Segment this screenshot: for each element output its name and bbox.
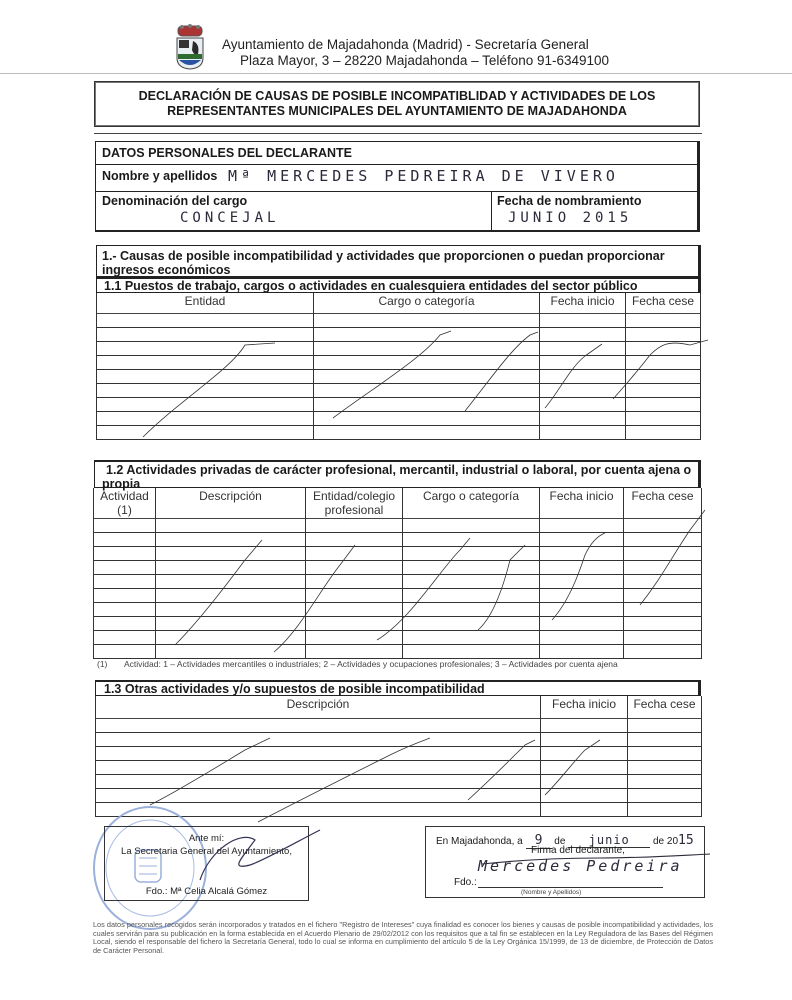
form-title-line-1: DECLARACIÓN DE CAUSAS DE POSIBLE INCOMPA… (95, 89, 699, 104)
table-cell[interactable] (540, 616, 624, 630)
table-cell[interactable] (624, 602, 702, 616)
table-cell[interactable] (403, 574, 540, 588)
table-cell[interactable] (624, 588, 702, 602)
table-cell[interactable] (94, 532, 156, 546)
table-header-row: EntidadCargo o categoríaFecha inicioFech… (97, 293, 701, 313)
table-cell[interactable] (97, 383, 314, 397)
table-cell[interactable] (94, 630, 156, 644)
table-cell[interactable] (540, 327, 626, 341)
table-cell[interactable] (314, 397, 540, 411)
table-cell[interactable] (156, 616, 306, 630)
table-cell[interactable] (156, 630, 306, 644)
table-cell[interactable] (540, 355, 626, 369)
column-header: Actividad (1) (94, 488, 156, 518)
table-cell[interactable] (626, 355, 701, 369)
column-header: Entidad (97, 293, 314, 313)
table-cell[interactable] (156, 574, 306, 588)
table-cell[interactable] (541, 774, 628, 788)
table-cell[interactable] (628, 760, 702, 774)
table-row (96, 760, 702, 774)
table-cell[interactable] (306, 630, 403, 644)
table-cell[interactable] (306, 560, 403, 574)
activity-footnote: Actividad: 1 – Actividades mercantiles o… (124, 659, 618, 669)
table-cell[interactable] (626, 313, 701, 327)
table-cell[interactable] (626, 369, 701, 383)
table-cell[interactable] (94, 616, 156, 630)
table-cell[interactable] (540, 411, 626, 425)
header-line-2: Plaza Mayor, 3 – 28220 Majadahonda – Tel… (240, 53, 609, 68)
table-cell[interactable] (306, 532, 403, 546)
section-1-2-heading: 1.2 Actividades privadas de carácter pro… (102, 463, 698, 491)
table-cell[interactable] (541, 746, 628, 760)
table-cell[interactable] (540, 383, 626, 397)
table-cell[interactable] (628, 802, 702, 816)
table-cell[interactable] (96, 746, 541, 760)
table-cell[interactable] (306, 588, 403, 602)
table-cell[interactable] (94, 644, 156, 658)
table-cell[interactable] (541, 788, 628, 802)
column-header: Fecha cese (624, 488, 702, 518)
table-cell[interactable] (94, 560, 156, 574)
table-cell[interactable] (628, 718, 702, 732)
table-cell[interactable] (624, 616, 702, 630)
declarant-signature[interactable]: Mercedes Pedreira (478, 857, 683, 875)
table-cell[interactable] (156, 644, 306, 658)
table-cell[interactable] (314, 411, 540, 425)
table-row (94, 602, 702, 616)
table-cell[interactable] (628, 788, 702, 802)
table-cell[interactable] (624, 532, 702, 546)
column-header: Entidad/colegio profesional (306, 488, 403, 518)
table-cell[interactable] (306, 518, 403, 532)
section-1-1-heading: 1.1 Puestos de trabajo, cargos o activid… (104, 279, 638, 293)
table-header-row: Actividad (1)DescripciónEntidad/colegio … (94, 488, 702, 518)
table-cell[interactable] (540, 588, 624, 602)
column-header: Fecha inicio (541, 696, 628, 718)
table-cell[interactable] (156, 602, 306, 616)
table-cell[interactable] (314, 369, 540, 383)
table-row (94, 532, 702, 546)
column-header: Descripción (156, 488, 306, 518)
table-row (97, 369, 701, 383)
section-1-3-header: 1.3 Otras actividades y/o supuestos de p… (95, 680, 701, 696)
declarant-signature-box: En Majadahonda, a 9 de junio de 2015 Fir… (425, 826, 705, 898)
data-protection-notice: Los datos personales recogidos serán inc… (93, 921, 713, 955)
private-activities-table: Actividad (1)DescripciónEntidad/colegio … (93, 488, 702, 659)
table-cell[interactable] (96, 718, 541, 732)
column-header: Fecha cese (626, 293, 701, 313)
table-cell[interactable] (628, 746, 702, 760)
year-prefix: de 20 (653, 836, 678, 847)
column-header: Descripción (96, 696, 541, 718)
table-cell[interactable] (97, 369, 314, 383)
table-row (97, 383, 701, 397)
coat-of-arms-icon (174, 24, 206, 70)
table-cell[interactable] (306, 546, 403, 560)
table-row (94, 518, 702, 532)
position-label: Denominación del cargo (102, 194, 247, 208)
table-cell[interactable] (624, 630, 702, 644)
appointment-date-value[interactable]: JUNIO 2015 (508, 210, 632, 226)
section-1-2-header: 1.2 Actividades privadas de carácter pro… (94, 460, 701, 488)
table-cell[interactable] (540, 644, 624, 658)
table-cell[interactable] (314, 425, 540, 439)
table-cell[interactable] (626, 383, 701, 397)
table-row (94, 574, 702, 588)
table-cell[interactable] (306, 616, 403, 630)
table-row (96, 732, 702, 746)
table-cell[interactable] (628, 774, 702, 788)
table-cell[interactable] (96, 774, 541, 788)
table-row (94, 630, 702, 644)
secretary-name: Fdo.: Mª Celia Alcalá Gómez (105, 886, 308, 897)
column-header: Fecha inicio (540, 293, 626, 313)
before-me-label: Ante mí: (105, 833, 308, 844)
section-1-heading: 1.- Causas de posible incompatibilidad y… (102, 249, 697, 277)
table-cell[interactable] (97, 355, 314, 369)
table-cell[interactable] (403, 546, 540, 560)
table-cell[interactable] (540, 630, 624, 644)
table-cell[interactable] (624, 574, 702, 588)
column-header: Cargo o categoría (403, 488, 540, 518)
table-cell[interactable] (94, 518, 156, 532)
table-row (97, 327, 701, 341)
declarant-sign-label: Firma del declarante, (531, 845, 625, 856)
secretary-signature-box: Ante mí: La Secretaria General del Ayunt… (104, 826, 309, 901)
table-row (96, 774, 702, 788)
table-cell[interactable] (403, 602, 540, 616)
table-cell[interactable] (156, 588, 306, 602)
table-cell[interactable] (540, 560, 624, 574)
table-cell[interactable] (403, 560, 540, 574)
table-cell[interactable] (624, 518, 702, 532)
table-cell[interactable] (403, 616, 540, 630)
section-1-1-header: 1.1 Puestos de trabajo, cargos o activid… (96, 278, 701, 293)
table-cell[interactable] (94, 588, 156, 602)
table-row (94, 560, 702, 574)
table-cell[interactable] (540, 574, 624, 588)
table-cell[interactable] (541, 718, 628, 732)
table-cell[interactable] (314, 327, 540, 341)
table-row (97, 397, 701, 411)
table-cell[interactable] (541, 732, 628, 746)
table-cell[interactable] (540, 532, 624, 546)
table-cell[interactable] (156, 546, 306, 560)
table-row (94, 644, 702, 658)
header-line-1: Ayuntamiento de Majadahonda (Madrid) - S… (222, 37, 589, 52)
table-cell[interactable] (156, 532, 306, 546)
table-cell[interactable] (314, 383, 540, 397)
table-row (97, 355, 701, 369)
table-cell[interactable] (314, 313, 540, 327)
table-cell[interactable] (97, 341, 314, 355)
table-cell[interactable] (541, 802, 628, 816)
table-cell[interactable] (97, 313, 314, 327)
section-1-3-heading: 1.3 Otras actividades y/o supuestos de p… (104, 682, 485, 696)
name-hint: (Nombre y Apellidos) (521, 889, 581, 896)
fdo-label: Fdo.: (454, 877, 477, 888)
name-label: Nombre y apellidos (102, 169, 217, 183)
secretary-title: La Secretaria General del Ayuntamiento, (105, 846, 308, 857)
table-cell[interactable] (97, 425, 314, 439)
table-cell[interactable] (156, 560, 306, 574)
column-header: Cargo o categoría (314, 293, 540, 313)
table-cell[interactable] (97, 397, 314, 411)
table-cell[interactable] (628, 732, 702, 746)
table-row (94, 616, 702, 630)
title-divider (94, 133, 702, 134)
table-cell[interactable] (97, 411, 314, 425)
position-field[interactable]: Denominación del cargo CONCEJAL (96, 192, 492, 230)
table-cell[interactable] (541, 760, 628, 774)
table-cell[interactable] (96, 788, 541, 802)
public-sector-table: EntidadCargo o categoríaFecha inicioFech… (96, 293, 701, 440)
table-cell[interactable] (540, 313, 626, 327)
table-cell[interactable] (94, 546, 156, 560)
personal-data-heading: DATOS PERSONALES DEL DECLARANTE (102, 146, 352, 160)
table-cell[interactable] (540, 518, 624, 532)
table-cell[interactable] (624, 560, 702, 574)
table-cell[interactable] (306, 602, 403, 616)
form-title-line-2: REPRESENTANTES MUNICIPALES DEL AYUNTAMIE… (95, 104, 699, 119)
appointment-date-label: Fecha de nombramiento (497, 194, 641, 208)
table-row (96, 746, 702, 760)
table-cell[interactable] (540, 602, 624, 616)
table-row (97, 341, 701, 355)
table-cell[interactable] (96, 760, 541, 774)
table-row (97, 411, 701, 425)
table-cell[interactable] (403, 644, 540, 658)
table-row (94, 546, 702, 560)
table-cell[interactable] (403, 532, 540, 546)
footnote-mark: (1) (97, 659, 107, 669)
table-cell[interactable] (403, 588, 540, 602)
place-prefix: En Majadahonda, a (436, 836, 523, 847)
table-cell[interactable] (96, 732, 541, 746)
column-header: Fecha inicio (540, 488, 624, 518)
table-row (94, 588, 702, 602)
table-cell[interactable] (403, 630, 540, 644)
signature-line (478, 887, 663, 888)
table-cell[interactable] (540, 425, 626, 439)
table-row (96, 788, 702, 802)
name-value[interactable]: Mª MERCEDES PEDREIRA DE VIVERO (228, 167, 619, 185)
position-value[interactable]: CONCEJAL (180, 210, 279, 226)
table-cell[interactable] (403, 518, 540, 532)
table-cell[interactable] (624, 644, 702, 658)
table-cell[interactable] (626, 341, 701, 355)
table-cell[interactable] (540, 341, 626, 355)
table-cell[interactable] (97, 327, 314, 341)
table-cell[interactable] (626, 327, 701, 341)
table-cell[interactable] (624, 546, 702, 560)
table-cell[interactable] (626, 425, 701, 439)
other-activities-table: DescripciónFecha inicioFecha cese (95, 696, 702, 817)
name-field[interactable]: Nombre y apellidos Mª MERCEDES PEDREIRA … (96, 164, 697, 192)
table-cell[interactable] (626, 411, 701, 425)
table-row (97, 425, 701, 439)
table-cell[interactable] (626, 397, 701, 411)
table-row (96, 718, 702, 732)
table-header-row: DescripciónFecha inicioFecha cese (96, 696, 702, 718)
form-title-box: DECLARACIÓN DE CAUSAS DE POSIBLE INCOMPA… (94, 81, 700, 127)
section-1-header: 1.- Causas de posible incompatibilidad y… (96, 245, 701, 278)
table-cell[interactable] (94, 574, 156, 588)
header-divider (0, 73, 792, 74)
column-header: Fecha cese (628, 696, 702, 718)
table-cell[interactable] (156, 518, 306, 532)
table-cell[interactable] (306, 574, 403, 588)
table-cell[interactable] (540, 397, 626, 411)
table-row (97, 313, 701, 327)
table-cell[interactable] (540, 369, 626, 383)
table-cell[interactable] (540, 546, 624, 560)
table-cell[interactable] (306, 644, 403, 658)
table-cell[interactable] (314, 341, 540, 355)
sign-year[interactable]: 15 (678, 833, 694, 848)
table-cell[interactable] (94, 602, 156, 616)
table-cell[interactable] (314, 355, 540, 369)
appointment-date-field[interactable]: Fecha de nombramiento JUNIO 2015 (492, 192, 697, 230)
personal-data-section: DATOS PERSONALES DEL DECLARANTE Nombre y… (95, 141, 700, 232)
